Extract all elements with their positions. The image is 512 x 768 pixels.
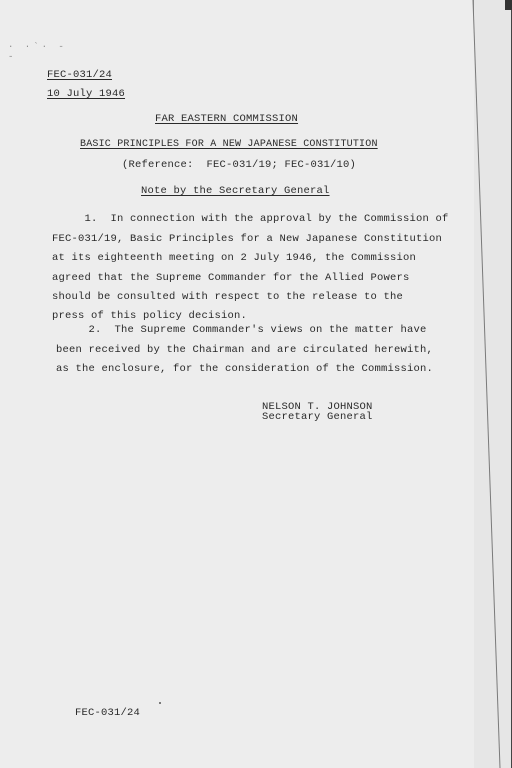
- organization-heading: FAR EASTERN COMMISSION: [155, 113, 298, 125]
- paragraph-1-line-4: agreed that the Supreme Commander for th…: [52, 272, 410, 284]
- document-body: · ·`· - - FEC-031/24 10 July 1946 FAR EA…: [0, 0, 474, 768]
- paragraph-1-line-1: 1. In connection with the approval by th…: [52, 213, 449, 225]
- paragraph-2-line-1: 2. The Supreme Commander's views on the …: [56, 324, 427, 336]
- paragraph-2-line-2: been received by the Chairman and are ci…: [56, 344, 433, 356]
- back-sheet-edge: [473, 0, 512, 768]
- paragraph-1-line-5: should be consulted with respect to the …: [52, 291, 403, 303]
- document-date: 10 July 1946: [47, 88, 125, 100]
- scanned-page: · ·`· - - FEC-031/24 10 July 1946 FAR EA…: [0, 0, 512, 768]
- note-subtitle: Note by the Secretary General: [141, 185, 330, 197]
- document-title: BASIC PRINCIPLES FOR A NEW JAPANESE CONS…: [80, 139, 378, 150]
- paragraph-2-line-3: as the enclosure, for the consideration …: [56, 363, 433, 375]
- paragraph-1-line-6: press of this policy decision.: [52, 310, 247, 322]
- back-sheet-shadow: [505, 0, 512, 10]
- speck-mark: [159, 702, 161, 704]
- reference-line: (Reference: FEC-031/19; FEC-031/10): [122, 159, 356, 171]
- paragraph-1-line-2: FEC-031/19, Basic Principles for a New J…: [52, 233, 442, 245]
- signatory-title: Secretary General: [262, 411, 373, 423]
- file-reference-bottom: FEC-031/24: [75, 707, 140, 719]
- paragraph-1-line-3: at its eighteenth meeting on 2 July 1946…: [52, 252, 416, 264]
- file-reference-top: FEC-031/24: [47, 69, 112, 81]
- margin-mark: · ·`· - -: [8, 42, 83, 62]
